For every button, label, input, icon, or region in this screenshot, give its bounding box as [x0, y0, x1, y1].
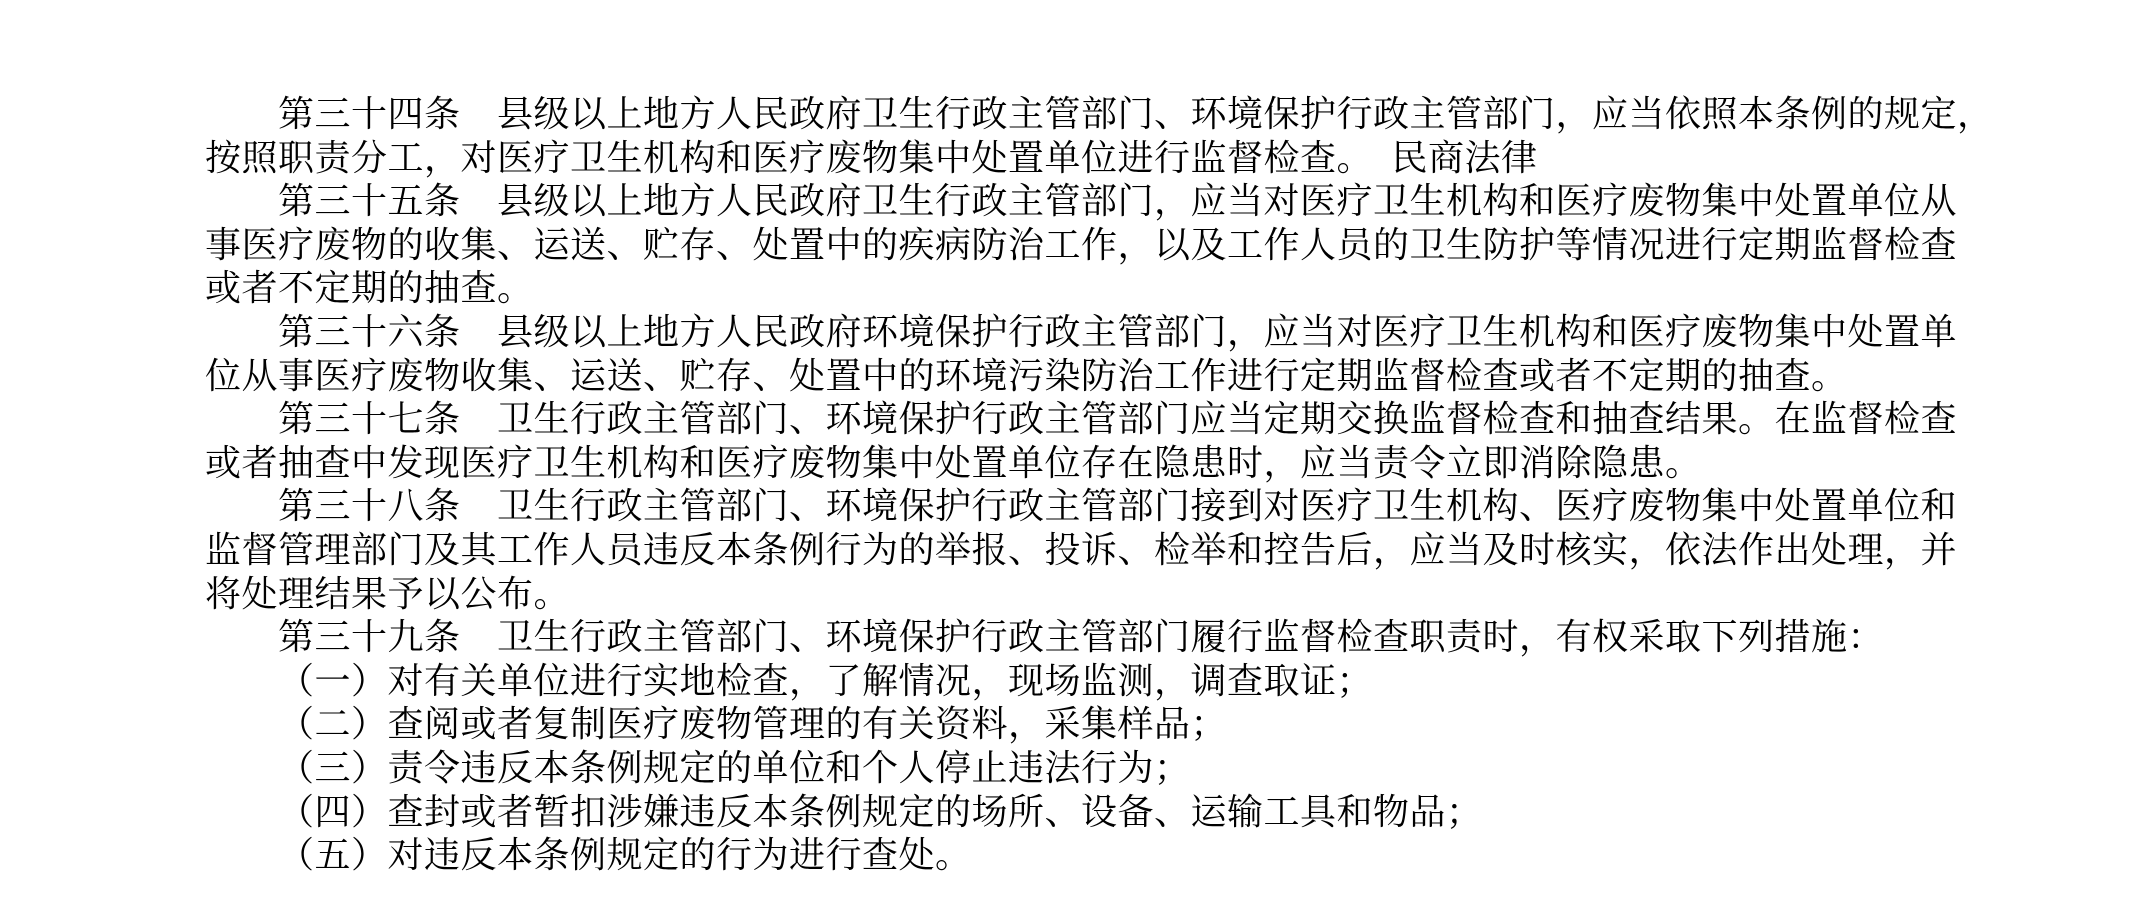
doc-line-article-39: 第三十九条 卫生行政主管部门、环境保护行政主管部门履行监督检查职责时，有权采取下…: [205, 616, 2059, 660]
doc-line-article-35: 第三十五条 县级以上地方人民政府卫生行政主管部门，应当对医疗卫生机构和医疗废物集…: [205, 180, 2059, 224]
doc-line: 事医疗废物的收集、运送、贮存、处置中的疾病防治工作，以及工作人员的卫生防护等情况…: [205, 224, 2059, 268]
doc-line-article-36: 第三十六条 县级以上地方人民政府环境保护行政主管部门，应当对医疗卫生机构和医疗废…: [205, 311, 2059, 355]
doc-line: 或者不定期的抽查。: [205, 267, 2059, 311]
doc-line-list-item-3: （三）责令违反本条例规定的单位和个人停止违法行为；: [205, 747, 2059, 791]
doc-line-article-38: 第三十八条 卫生行政主管部门、环境保护行政主管部门接到对医疗卫生机构、医疗废物集…: [205, 485, 2059, 529]
doc-line-article-37: 第三十七条 卫生行政主管部门、环境保护行政主管部门应当定期交换监督检查和抽查结果…: [205, 398, 2059, 442]
doc-line: 监督管理部门及其工作人员违反本条例行为的举报、投诉、检举和控告后，应当及时核实，…: [205, 529, 2059, 573]
doc-line-list-item-4: （四）查封或者暂扣涉嫌违反本条例规定的场所、设备、运输工具和物品；: [205, 791, 2059, 835]
doc-line: 位从事医疗废物收集、运送、贮存、处置中的环境污染防治工作进行定期监督检查或者不定…: [205, 355, 2059, 399]
doc-line: 按照职责分工，对医疗卫生机构和医疗废物集中处置单位进行监督检查。 民商法律: [205, 137, 2059, 181]
doc-line-article-34: 第三十四条 县级以上地方人民政府卫生行政主管部门、环境保护行政主管部门，应当依照…: [205, 93, 2059, 137]
doc-line-list-item-2: （二）查阅或者复制医疗废物管理的有关资料，采集样品；: [205, 703, 2059, 747]
doc-line: 或者抽查中发现医疗卫生机构和医疗废物集中处置单位存在隐患时，应当责令立即消除隐患…: [205, 442, 2059, 486]
doc-line-list-item-1: （一）对有关单位进行实地检查，了解情况，现场监测，调查取证；: [205, 660, 2059, 704]
doc-line-list-item-5: （五）对违反本条例规定的行为进行查处。: [205, 834, 2059, 878]
doc-line: 将处理结果予以公布。: [205, 573, 2059, 617]
document-page: 第三十四条 县级以上地方人民政府卫生行政主管部门、环境保护行政主管部门，应当依照…: [0, 0, 2149, 900]
